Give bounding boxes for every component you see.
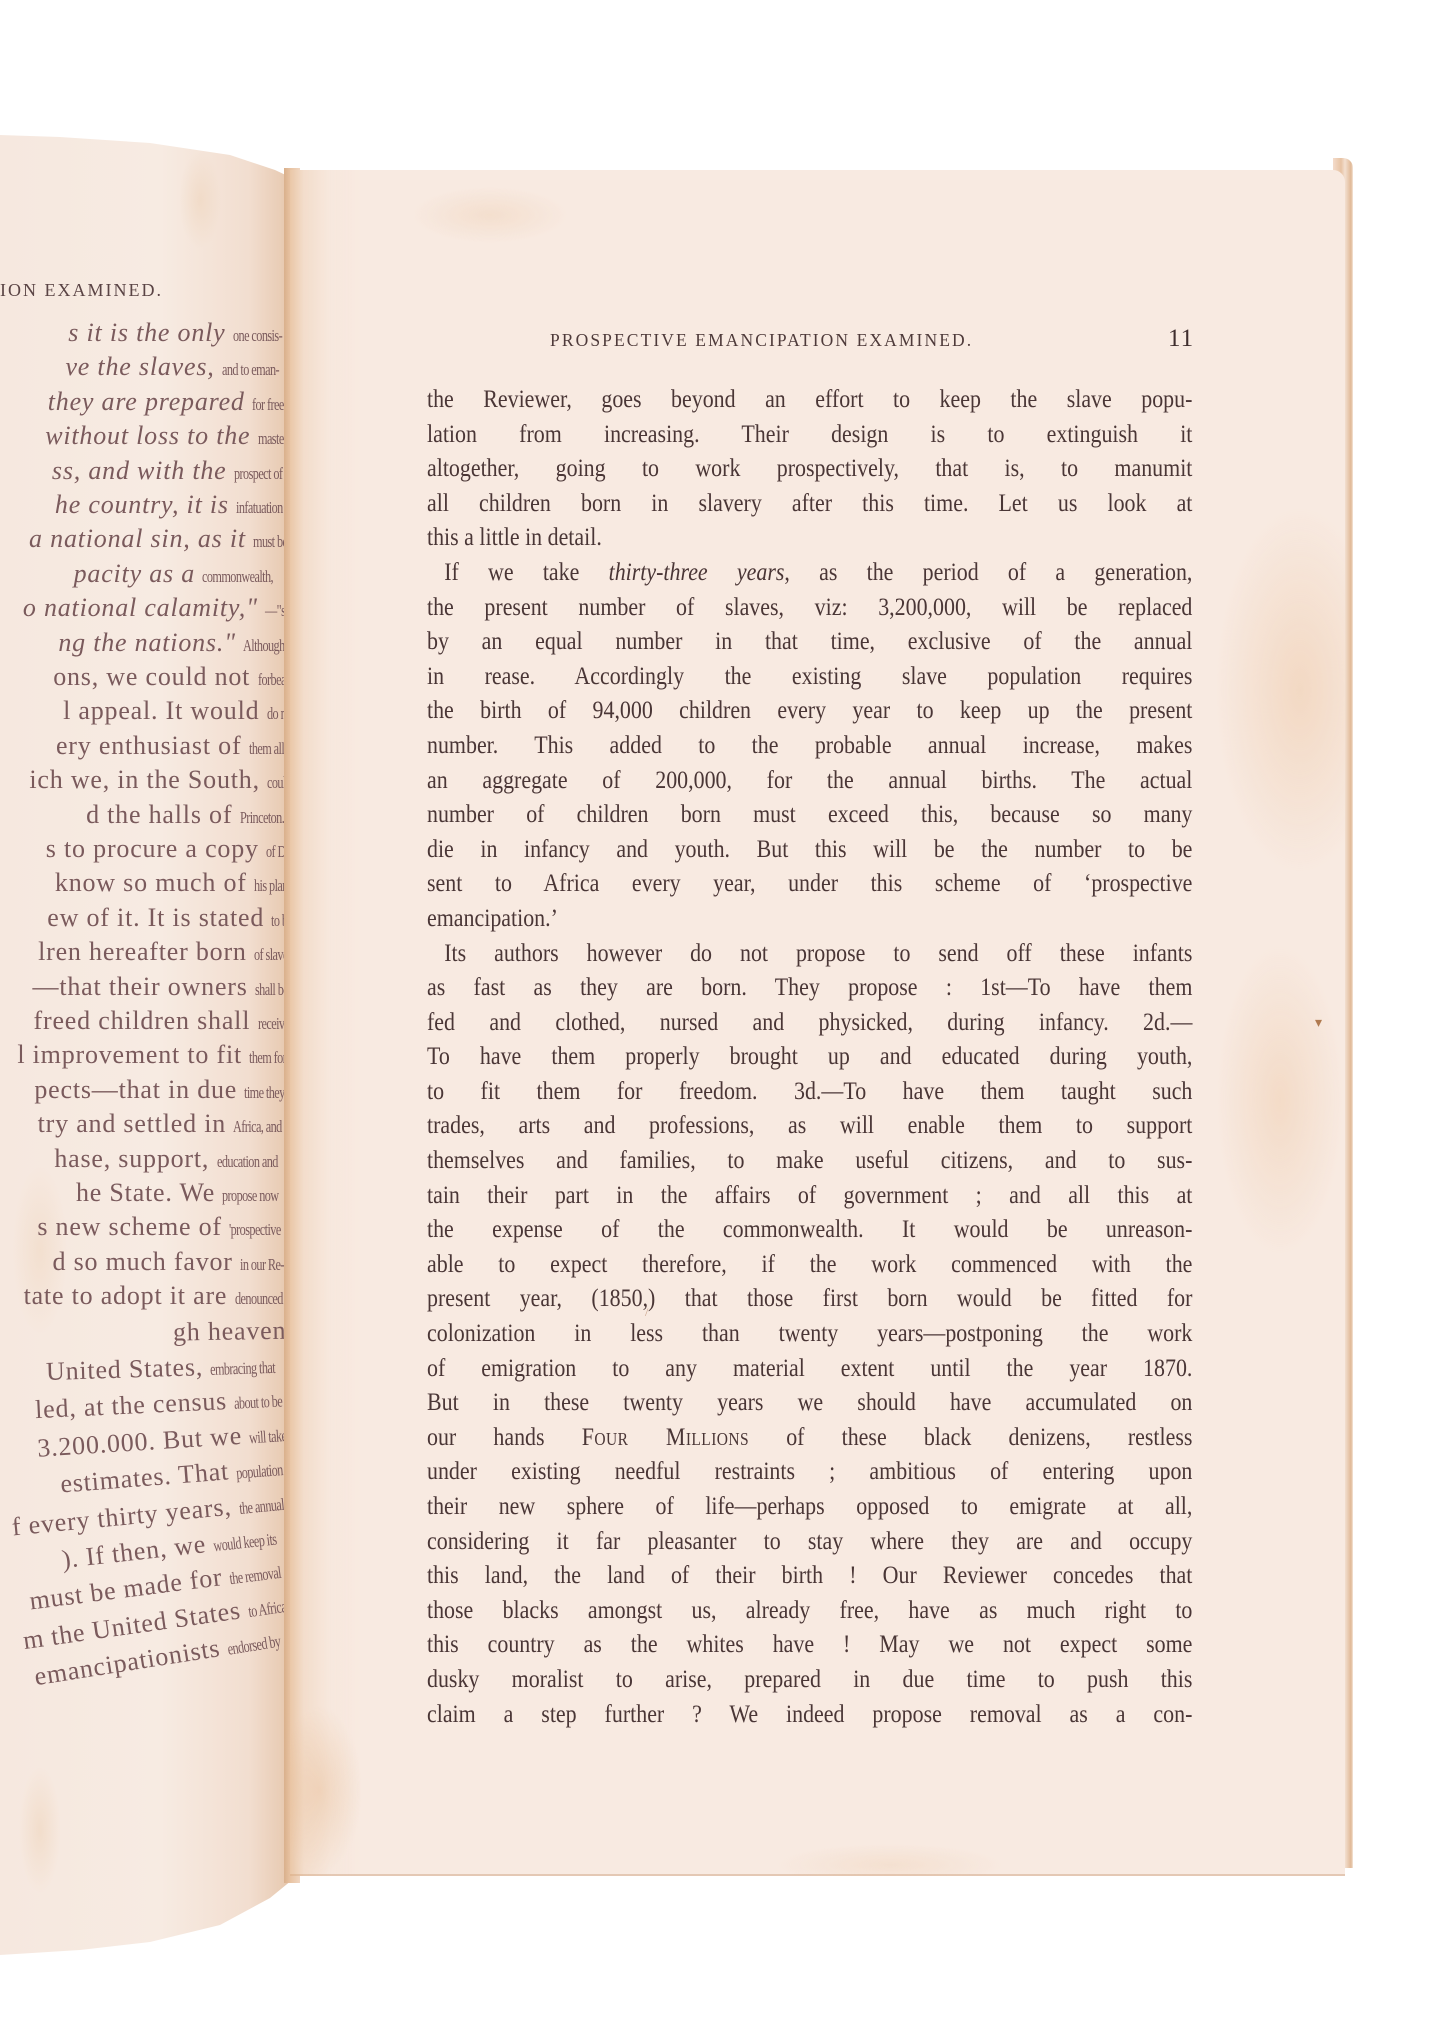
text-line: the expense of the commonwealth. It woul… [427,1212,1192,1247]
text-line: number. This added to the probable annua… [427,728,1192,763]
left-text-line: ery enthusiast of them all, [56,731,271,765]
left-text-line: lren hereafter born of slave [38,937,271,971]
running-head-title: PROSPECTIVE EMANCIPATION EXAMINED. [550,330,973,351]
left-text-line: l improvement to fit them for [17,1040,271,1074]
text-line: But in these twenty years we should have… [427,1385,1192,1420]
left-text-line: ich we, in the South, could [29,765,271,799]
running-head: PROSPECTIVE EMANCIPATION EXAMINED. 11 [290,330,1345,360]
text-line: themselves and families, to make useful … [427,1143,1192,1178]
text-line: present year, (1850,) that those first b… [427,1281,1192,1316]
text-line: If we take thirty-three years, as the pe… [427,555,1192,590]
text-line: this land, the land of their birth ! Our… [427,1558,1192,1593]
text-line: under existing needful restraints ; ambi… [427,1454,1192,1489]
left-text-line: he State. We propose now [76,1178,271,1212]
text-line: those blacks amongst us, already free, h… [427,1593,1192,1628]
right-page: PROSPECTIVE EMANCIPATION EXAMINED. 11 th… [290,170,1358,1876]
text-line: the present number of slaves, viz: 3,200… [427,590,1192,625]
text-line: of emigration to any material extent unt… [427,1351,1192,1386]
text-line: to fit them for freedom. 3d.—To have the… [427,1074,1192,1109]
text-line: sent to Africa every year, under this sc… [427,866,1192,901]
text-line: trades, arts and professions, as will en… [427,1108,1192,1143]
text-line: the Reviewer, goes beyond an effort to k… [427,382,1192,417]
text-line: fed and clothed, nursed and physicked, d… [427,1005,1192,1040]
left-text-line: pects—that in due time they [34,1075,271,1109]
text-line: dusky moralist to arise, prepared in due… [427,1662,1192,1697]
text-line: altogether, going to work prospectively,… [427,451,1192,486]
text-line: an aggregate of 200,000, for the annual … [427,763,1192,798]
left-text-line: ng the nations." Although [58,628,271,662]
text-line: considering it far pleasanter to stay wh… [427,1524,1192,1559]
left-text-line: pacity as a commonwealth, [74,559,271,593]
page-number: 11 [1168,325,1194,353]
left-text-line: d so much favor in our Re- [53,1247,271,1281]
left-text-line: freed children shall receive [34,1006,271,1040]
foxing-spot: ▾ [1315,1015,1322,1032]
left-text-line: l appeal. It would do no [63,696,271,730]
left-text-line: tate to adopt it are denounced [24,1281,271,1315]
text-line: this country as the whites have ! May we… [427,1627,1192,1662]
body-text: the Reviewer, goes beyond an effort to k… [427,382,1193,1731]
left-text-line: s new scheme of 'prospective [37,1212,271,1246]
left-text-line: a national sin, as it must be [29,524,271,558]
left-text-line: try and settled in Africa, and [38,1109,271,1143]
left-text-line: d the halls of Princeton. [86,800,271,834]
text-line: the birth of 94,000 children every year … [427,693,1192,728]
left-text-line: —that their owners shall be [33,972,271,1006]
paper-mark: / [645,1305,648,1320]
text-line: number of children born must exceed this… [427,797,1192,832]
left-text-line: ew of it. It is stated to be [47,903,271,937]
right-page-paper: PROSPECTIVE EMANCIPATION EXAMINED. 11 th… [290,170,1345,1876]
left-text-line: he country, it is infatuation [55,490,271,524]
left-text-line: hase, support, education and [54,1144,271,1178]
text-line: their new sphere of life—perhaps opposed… [427,1489,1192,1524]
text-line: colonization in less than twenty years—p… [427,1316,1192,1351]
text-line: lation from increasing. Their design is … [427,417,1192,452]
text-line: To have them properly brought up and edu… [427,1039,1192,1074]
text-line: as fast as they are born. They propose :… [427,970,1192,1005]
left-running-head: ION EXAMINED. [0,280,163,301]
text-line: our hands Four Millions of these black d… [427,1420,1192,1455]
text-line: able to expect therefore, if the work co… [427,1247,1192,1282]
left-text-line: ss, and with the prospect of [52,456,271,490]
text-line: by an equal number in that time, exclusi… [427,624,1192,659]
text-line: all children born in slavery after this … [427,486,1192,521]
text-line: emancipation.’ [427,901,1192,936]
left-page: ION EXAMINED. s it is the only one consi… [0,0,300,2023]
left-text-line: gh heaven. [173,1316,271,1352]
text-line: die in infancy and youth. But this will … [427,832,1192,867]
text-line: this a little in detail. [427,520,1192,555]
left-text-line: o national calamity," —"so [23,593,271,627]
left-text-line: ve the slaves, and to eman- [65,352,271,386]
left-text-line: without loss to the master, [45,421,271,455]
text-line: Its authors however do not propose to se… [427,936,1192,971]
left-text-line: s to procure a copy of Dr. [46,834,271,868]
text-line: tain their part in the affairs of govern… [427,1178,1192,1213]
left-text-line: know so much of his plan [55,868,271,902]
text-line: in rease. Accordingly the existing slave… [427,659,1192,694]
left-text-line: s it is the only one consis- [68,318,271,352]
left-text-line: they are prepared for free- [48,387,271,421]
left-text-line: ons, we could not forbear [53,662,271,696]
text-line: claim a step further ? We indeed propose… [427,1697,1192,1732]
